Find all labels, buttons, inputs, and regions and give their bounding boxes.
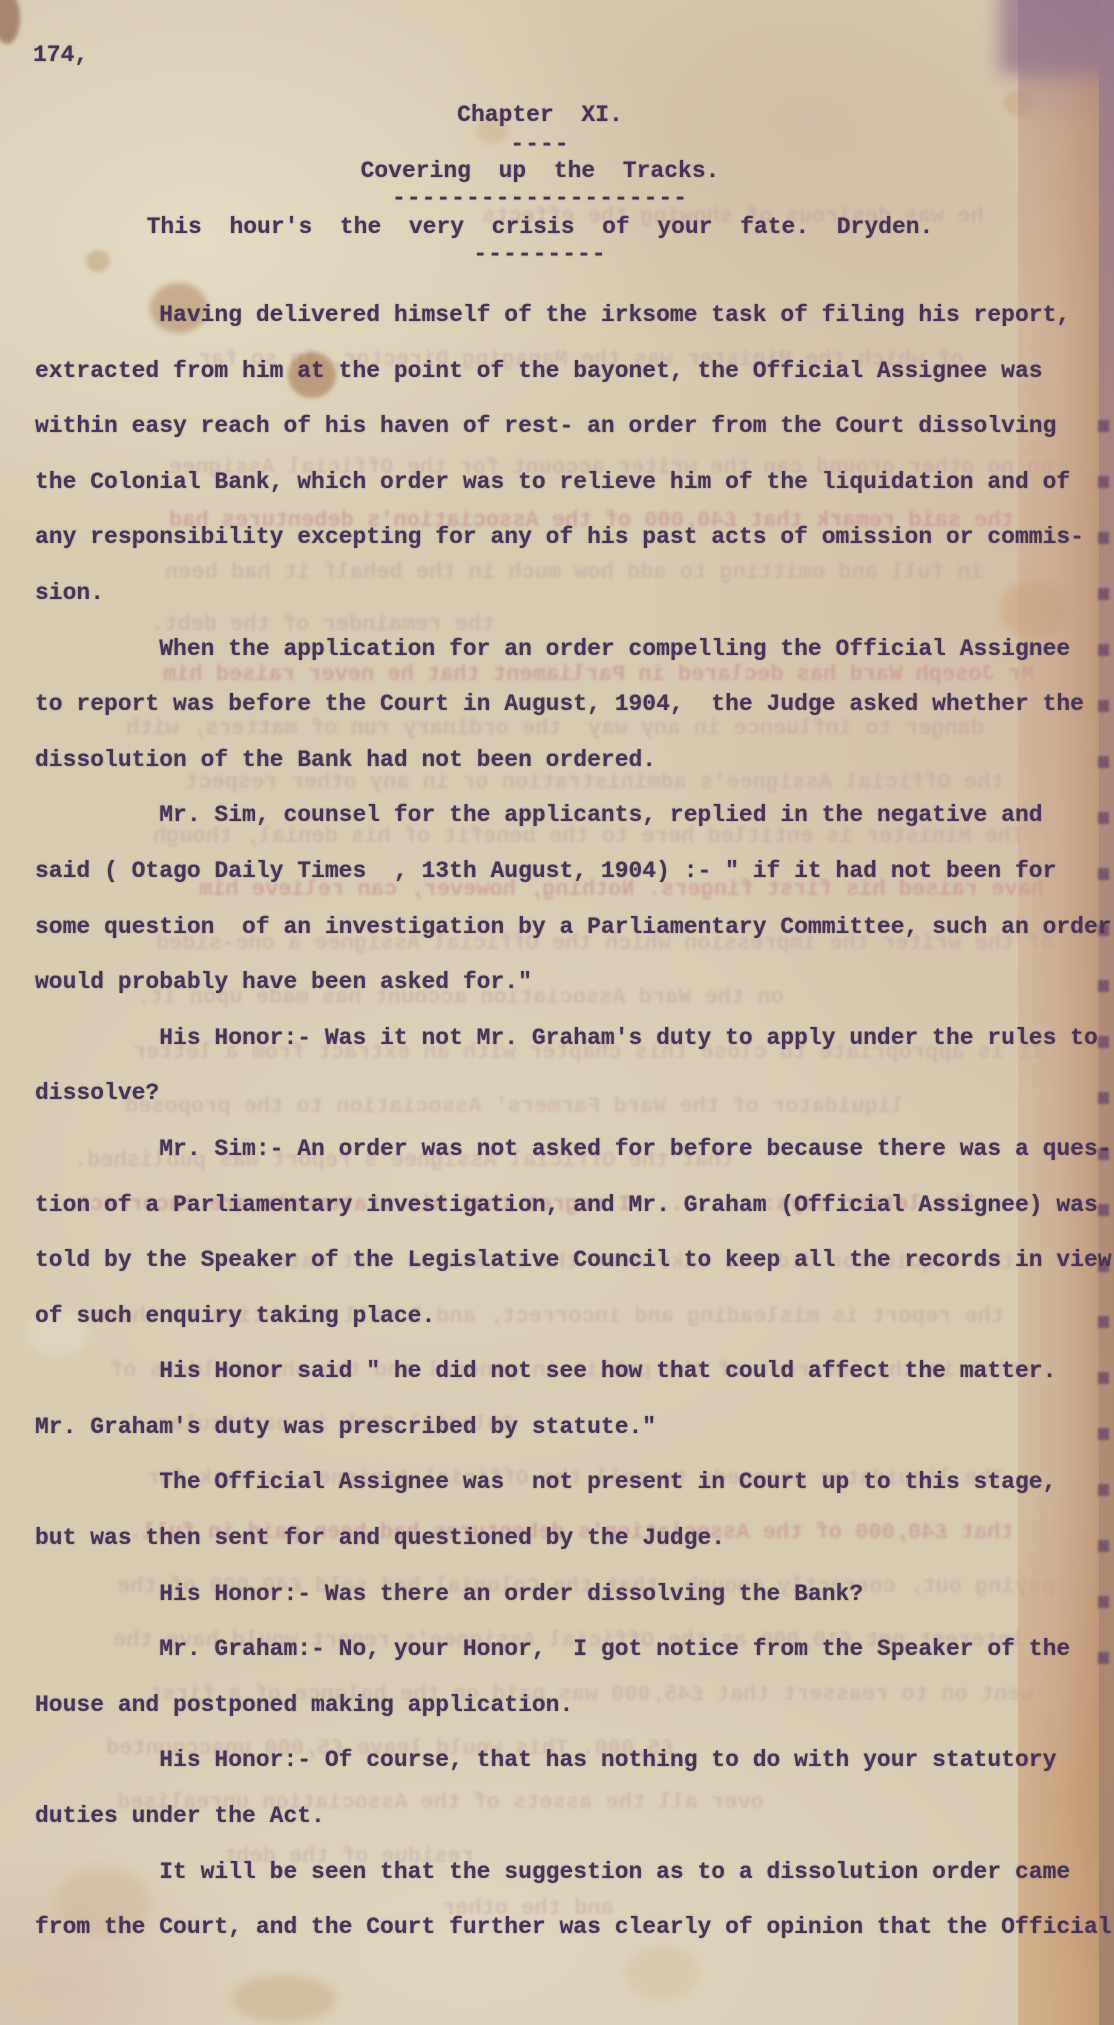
typed-line: Mr. Sim:- An order was not asked for bef… bbox=[35, 1122, 1114, 1178]
typed-line: the Colonial Bank, which order was to re… bbox=[35, 455, 1114, 511]
typed-line: Mr. Sim, counsel for the applicants, rep… bbox=[35, 788, 1114, 844]
typed-line: to report was before the Court in August… bbox=[35, 677, 1114, 733]
typed-line: duties under the Act. bbox=[35, 1789, 1114, 1845]
corner-shadow bbox=[999, 0, 1114, 75]
stain bbox=[232, 1975, 337, 2023]
typed-line: His Honor said " he did not see how that… bbox=[35, 1344, 1114, 1400]
typed-line: It will be seen that the suggestion as t… bbox=[35, 1845, 1114, 1901]
typed-line: any responsibility excepting for any of … bbox=[35, 510, 1114, 566]
typed-line: His Honor:- Of course, that has nothing … bbox=[35, 1733, 1114, 1789]
typed-line: said ( Otago Daily Times , 13th August, … bbox=[35, 844, 1114, 900]
typed-line: but was then sent for and questioned by … bbox=[35, 1511, 1114, 1567]
page-number: 174, bbox=[33, 42, 88, 68]
typed-line: sion. bbox=[35, 566, 1114, 622]
typed-line: some question of an investigation by a P… bbox=[35, 900, 1114, 956]
chapter-title: Covering up the Tracks. bbox=[0, 158, 1080, 184]
epigraph: This hour's the very crisis of your fate… bbox=[0, 214, 1080, 240]
typed-line: The Official Assignee was not present in… bbox=[35, 1455, 1114, 1511]
typed-line: extracted from him at the point of the b… bbox=[35, 344, 1114, 400]
typed-line: of such enquiry taking place. bbox=[35, 1289, 1114, 1345]
typed-line: His Honor:- Was there an order dissolvin… bbox=[35, 1567, 1114, 1623]
typed-line: dissolution of the Bank had not been ord… bbox=[35, 733, 1114, 789]
typed-line: Having delivered himself of the irksome … bbox=[35, 288, 1114, 344]
typed-line: When the application for an order compel… bbox=[35, 622, 1114, 678]
typed-line: would probably have been asked for." bbox=[35, 955, 1114, 1011]
typed-line: dissolve? bbox=[35, 1066, 1114, 1122]
typed-line: House and postponed making application. bbox=[35, 1678, 1114, 1734]
typed-line: Mr. Graham:- No, your Honor, I got notic… bbox=[35, 1622, 1114, 1678]
epigraph-rule: --------- bbox=[0, 241, 1080, 267]
typed-line: tion of a Parliamentary investigation, a… bbox=[35, 1178, 1114, 1234]
typed-line: from the Court, and the Court further wa… bbox=[35, 1900, 1114, 1956]
title-rule: -------------------- bbox=[0, 185, 1080, 211]
stain bbox=[0, 0, 20, 44]
scanned-document-page: he was desirous of showing the effects o… bbox=[0, 0, 1114, 2025]
chapter-heading: Chapter XI. bbox=[0, 102, 1080, 128]
chapter-rule: ---- bbox=[0, 131, 1080, 157]
typed-line: told by the Speaker of the Legislative C… bbox=[35, 1233, 1114, 1289]
body-text: Having delivered himself of the irksome … bbox=[35, 288, 1114, 1956]
typed-line: Mr. Graham's duty was prescribed by stat… bbox=[35, 1400, 1114, 1456]
typed-line: His Honor:- Was it not Mr. Graham's duty… bbox=[35, 1011, 1114, 1067]
typed-line: within easy reach of his haven of rest- … bbox=[35, 399, 1114, 455]
